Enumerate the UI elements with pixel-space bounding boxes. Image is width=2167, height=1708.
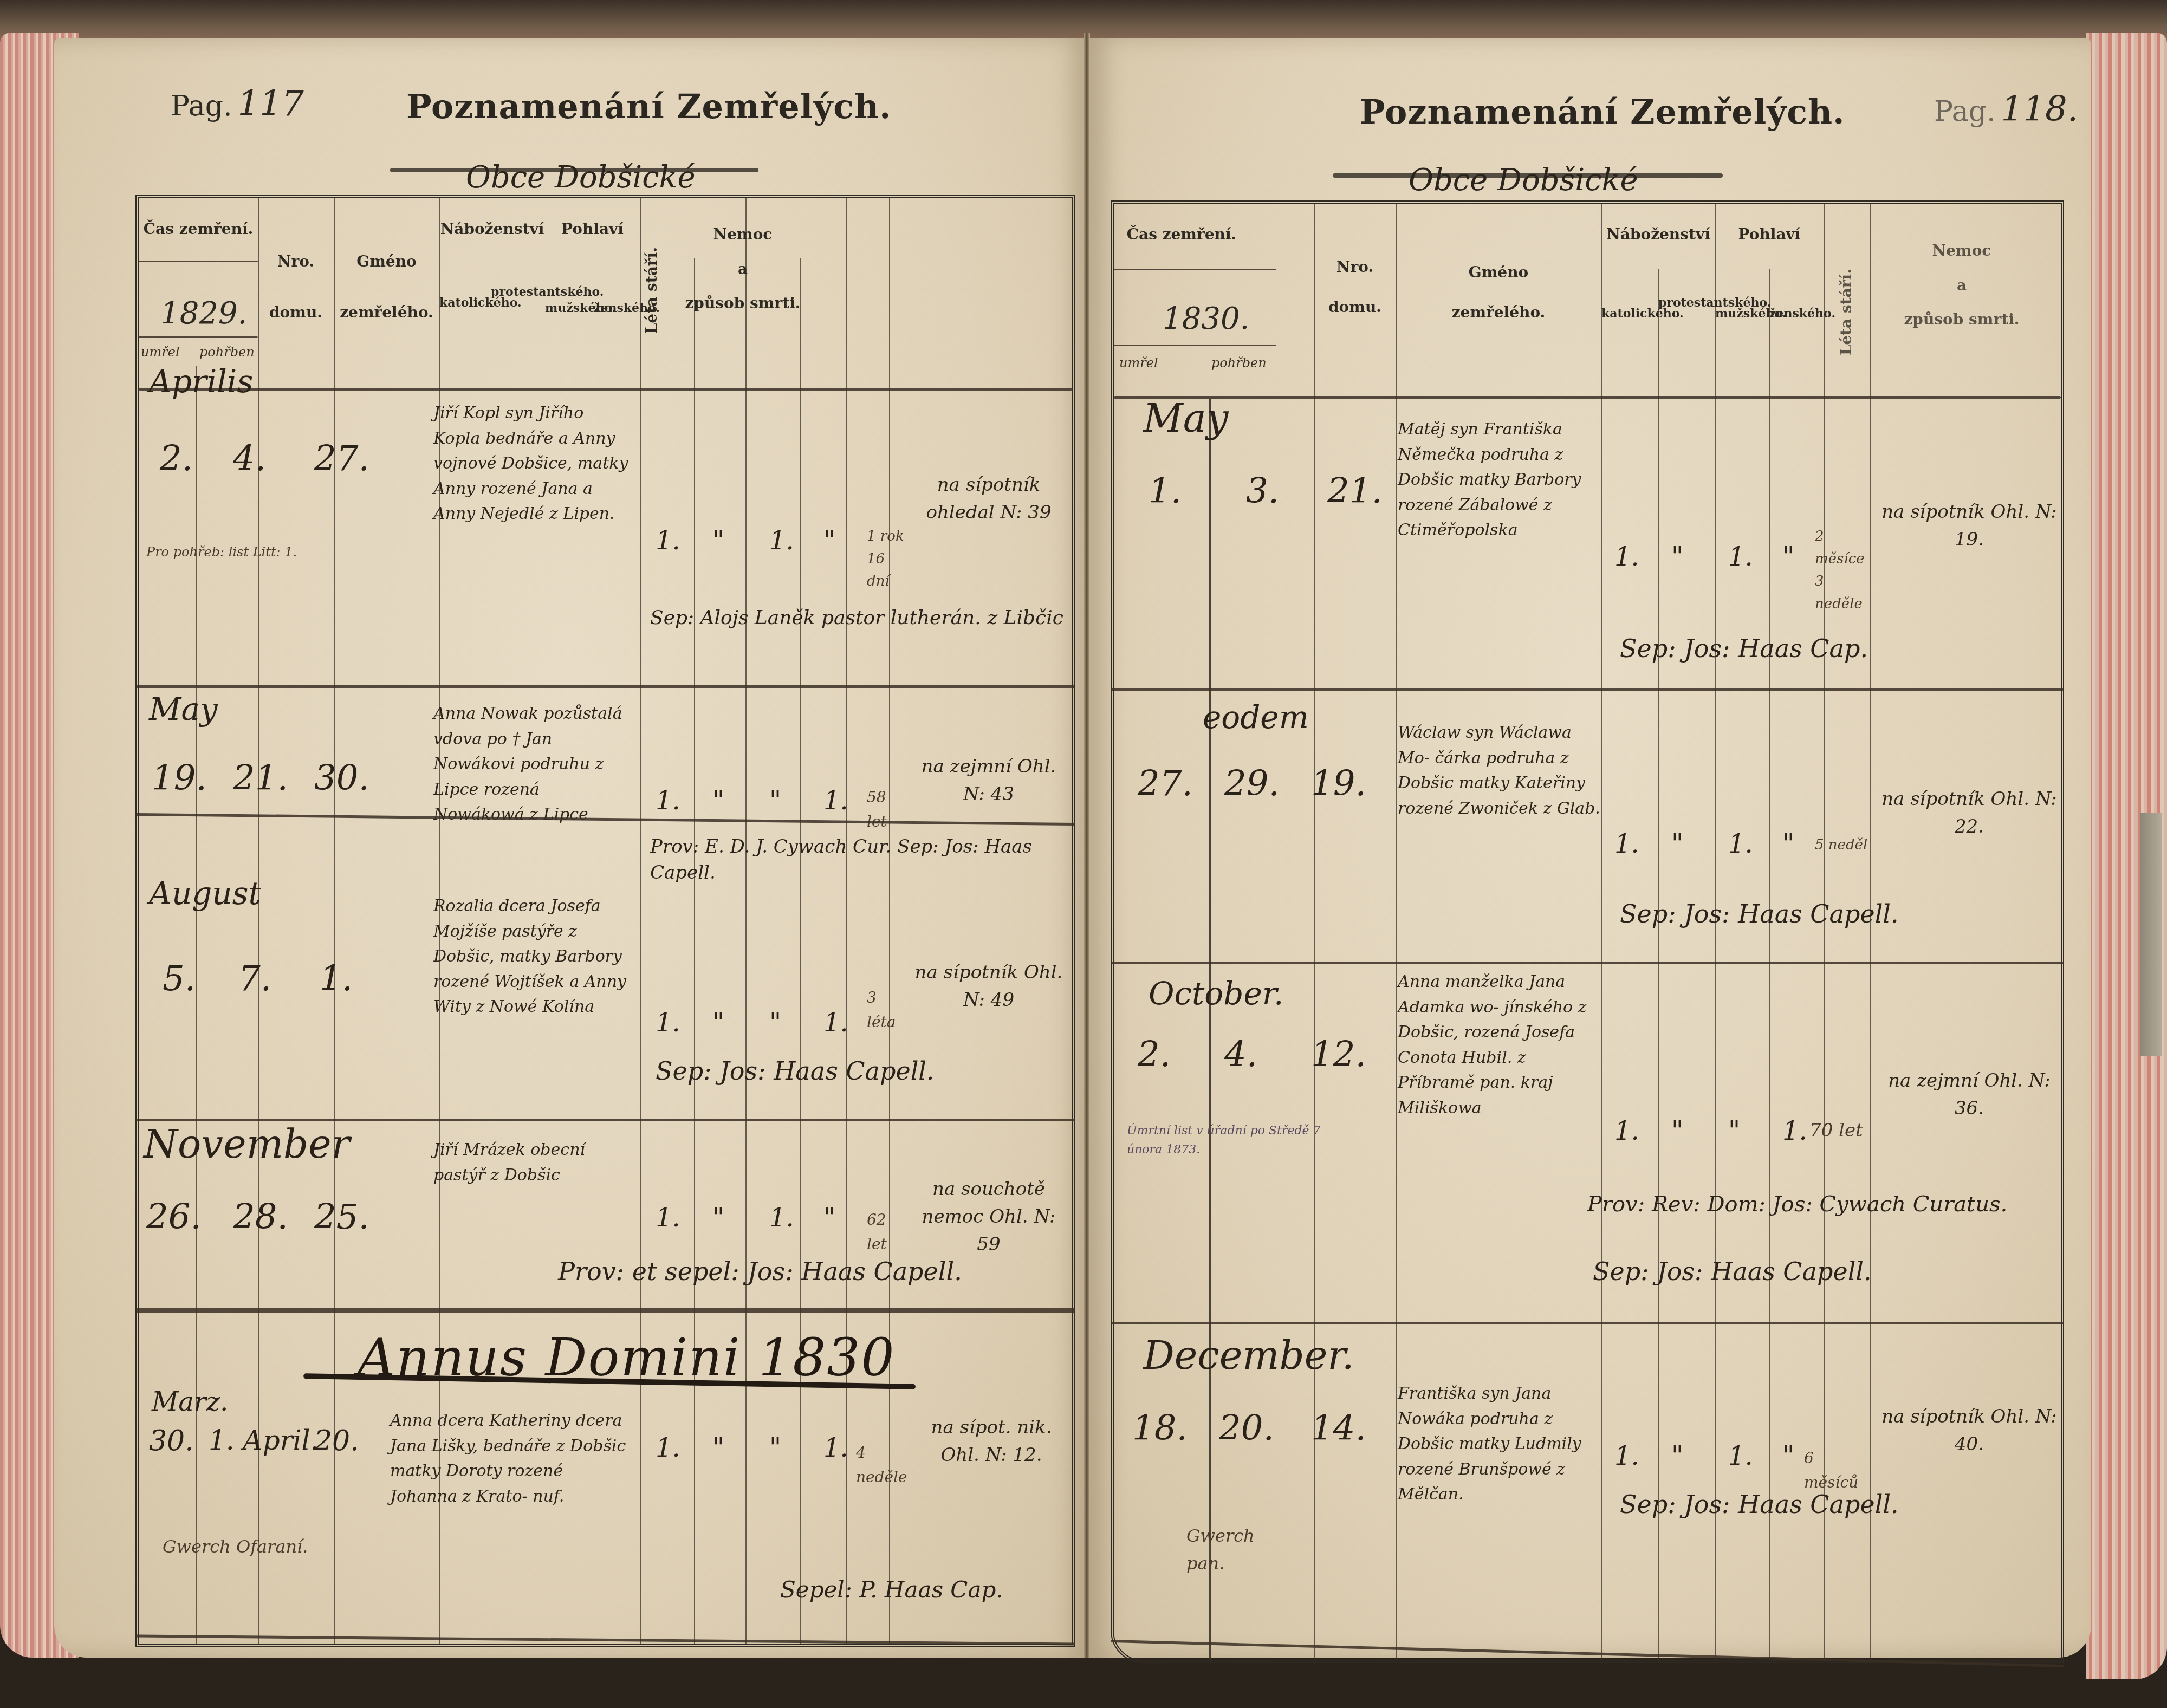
entry-officiant: Sep: Jos: Haas Cap. (1620, 634, 1868, 663)
parish-name-left: Obce Dobšické (466, 160, 696, 195)
entry-officiant-2: Sep: Jos: Haas Capell. (1593, 1257, 1872, 1286)
entry-cause: na sípotník Ohl. N: 40. (1880, 1403, 2059, 1458)
page-number-right: Pag.118. (1934, 89, 2078, 129)
col-divider (745, 198, 747, 1644)
header-year: 1830. (1163, 301, 1249, 336)
entry-catholic: 1. (1614, 542, 1639, 572)
col-divider (1715, 204, 1716, 1660)
entry-died-day: 26. (146, 1197, 202, 1237)
entry-house-no: 20. (314, 1425, 359, 1457)
entry-officiant: Sep: Jos: Haas Capell. (1620, 1490, 1899, 1519)
entry-separator (1111, 1322, 2064, 1324)
entry-male: " (769, 785, 781, 816)
entry-age: 3 léta (867, 986, 910, 1035)
header-year: 1829. (160, 296, 247, 331)
entry-cause: na souchotě nemoc Ohl. N: 59 (910, 1176, 1067, 1258)
cause-label-3: způsob smrti. (1870, 310, 2054, 329)
entry-age: 62 let (867, 1208, 910, 1257)
entry-name: Rozalia dcera Josefa Mojžíše pastýře z D… (433, 894, 628, 1020)
house-no-label-2: domu. (1314, 298, 1396, 316)
entry-separator (135, 685, 1075, 688)
header-rule (139, 336, 258, 338)
entry-female: " (823, 1203, 835, 1233)
entry-died-day: 27. (1138, 764, 1193, 804)
entry-cause: na sípotník Ohl. N: 22. (1880, 785, 2059, 841)
col-divider (1658, 269, 1659, 1660)
entry-age: 6 měsíců (1804, 1446, 1869, 1495)
entry-male: " (769, 1433, 781, 1463)
entry-month: August (149, 875, 261, 912)
entry-male: " (769, 1008, 781, 1038)
entry-cause: na sípotník Ohl. N: 49 (910, 959, 1067, 1014)
page-number-value: 117 (237, 84, 303, 124)
cause-label-3: způsob smrti. (680, 294, 805, 313)
header-religion: Náboženství (1601, 225, 1715, 244)
entry-house-no: 19. (1311, 764, 1366, 804)
header-buried: pohřben (1211, 355, 1267, 371)
header-age: Léta stáří. (643, 247, 660, 334)
page-number-value: 118. (2001, 89, 2078, 129)
house-no-label: Nro. (1314, 258, 1396, 276)
col-divider (800, 258, 801, 1644)
entry-died-day: 5. (163, 959, 196, 999)
entry-age: 1 rok 16 dní (867, 525, 910, 593)
house-no-label: Nro. (258, 252, 334, 271)
entry-house-no: 12. (1311, 1035, 1366, 1075)
col-divider (1824, 204, 1825, 1660)
header-rule (139, 261, 258, 262)
entry-buried-day: 4. (1224, 1035, 1257, 1075)
entry-died-day: 2. (160, 439, 193, 479)
header-time-of-death: Čas zemření. (1114, 225, 1249, 244)
entry-male: 1. (1728, 1441, 1753, 1471)
header-house-no: Nro. domu. (1314, 258, 1396, 316)
entry-buried-day: 28. (233, 1197, 288, 1237)
header-time-of-death: Čas zemření. (139, 220, 258, 238)
entry-officiant: Sep: Jos: Haas Capell. (1620, 899, 1899, 928)
entry-house-no: 21. (1327, 471, 1383, 511)
entry-protestant: " (1671, 1116, 1683, 1146)
entry-died-day: 19. (152, 758, 207, 798)
entry-name: Anna Nowak pozůstalá vdova po † Jan Nowá… (433, 702, 628, 828)
entry-name: Anna dcera Katheriny dcera Jana Lišky, b… (390, 1408, 628, 1509)
name-label: Gméno (1396, 263, 1601, 282)
entry-buried-day: 21. (233, 758, 288, 798)
header-name: Gméno zemřelého. (334, 252, 439, 321)
entry-male: 1. (769, 525, 794, 556)
entry-name: Matěj syn Františka Němečka podruha z Do… (1398, 417, 1604, 543)
entry-female: " (1782, 542, 1794, 572)
entry-female: 1. (823, 785, 848, 816)
header-died: umřel (1119, 355, 1158, 371)
col-divider (846, 198, 847, 1644)
entry-age: 2 měsíce 3 neděle (1815, 525, 1869, 615)
name-label-2: zemřelého. (334, 303, 439, 322)
header-catholic: katolického. (1601, 307, 1658, 321)
entry-name: Wáclaw syn Wáclawa Mo- čárka podruha z D… (1398, 720, 1604, 821)
col-divider (1769, 269, 1770, 1660)
header-buried: pohřben (199, 345, 255, 360)
year-value: 1830. (1163, 301, 1249, 336)
entry-catholic: 1. (1614, 829, 1639, 859)
entry-catholic: 1. (1614, 1441, 1639, 1471)
entry-protestant: " (712, 1203, 724, 1233)
entry-house-no: 14. (1311, 1408, 1366, 1449)
entry-separator (135, 1308, 1075, 1313)
entry-catholic: 1. (656, 525, 680, 556)
header-catholic: katolického. (439, 296, 491, 310)
entry-name: Františka syn Jana Nowáka podruha z Dobš… (1398, 1381, 1604, 1508)
entry-cause: na zejmní Ohl. N: 36. (1880, 1067, 2059, 1122)
header-cause: Nemoc a způsob smrti. (680, 225, 805, 313)
entry-buried-day: 29. (1224, 764, 1280, 804)
entry-age: 58 let (867, 785, 910, 834)
parish-name-right: Obce Dobšické (1409, 163, 1638, 198)
entry-month: eodem (1203, 699, 1309, 736)
header-rule (1114, 269, 1276, 270)
entry-male: 1. (1728, 829, 1753, 859)
entry-female: 1. (823, 1008, 848, 1038)
entry-female: " (1782, 1441, 1794, 1471)
left-page: Pag.117 Poznamenání Zemřelých. Obce Dobš… (54, 38, 1089, 1658)
cause-label-2: a (1870, 276, 2054, 295)
entry-officiant: Prov: et sepel: Jos: Haas Capell. (558, 1257, 962, 1286)
entry-month: Aprilis (149, 363, 253, 400)
header-house-no: Nro. domu. (258, 252, 334, 321)
page-title-left: Poznamenání Zemřelých. (406, 87, 892, 126)
entry-protestant: " (712, 1433, 724, 1463)
entry-month: November (144, 1121, 350, 1167)
entry-cause: na zejmní Ohl. N: 43 (910, 753, 1067, 808)
entry-name: Jiří Mrázek obecní pastýř z Dobšic (433, 1138, 628, 1188)
page-label: Pag. (171, 90, 232, 122)
col-divider (889, 198, 890, 1644)
header-male: mužského. (545, 301, 594, 315)
entry-protestant: " (712, 525, 724, 556)
entry-female: 1. (823, 1433, 848, 1463)
page-tab-marker (2140, 813, 2162, 1056)
entry-male: 1. (1728, 542, 1753, 572)
entry-buried-day: 1. April. (209, 1425, 319, 1456)
entry-protestant: " (1671, 1441, 1683, 1471)
header-sex: Pohlaví (545, 220, 640, 238)
entry-male: 1. (769, 1203, 794, 1233)
header-protestant: protestantského. (491, 285, 545, 299)
entry-catholic: 1. (656, 1433, 680, 1463)
entry-house-no: 1. (320, 959, 353, 999)
entry-note: Gwerch pan. (1186, 1522, 1284, 1577)
cause-label-1: Nemoc (680, 225, 805, 244)
header-male: mužského. (1715, 307, 1769, 321)
entry-buried-day: 20. (1219, 1408, 1274, 1449)
header-bottom-rule (1114, 396, 2061, 399)
entry-died-day: 2. (1138, 1035, 1171, 1075)
header-female: ženského. (1769, 307, 1824, 321)
entry-catholic: 1. (656, 785, 680, 816)
entry-male: " (1728, 1116, 1740, 1146)
entry-separator (1111, 962, 2064, 964)
col-divider (1396, 204, 1397, 1660)
entry-cause: na sípotník Ohl. N: 19. (1880, 498, 2059, 554)
entry-officiant-1: Prov: Rev: Dom: Jos: Cywach Curatus. (1587, 1192, 2007, 1217)
entry-officiant: Prov: E. D. J. Cywach Cur. Sep: Jos: Haa… (650, 834, 1056, 886)
header-religion: Náboženství (439, 220, 545, 238)
entry-protestant: " (1671, 829, 1683, 859)
entry-protestant: " (1671, 542, 1683, 572)
entry-age: 4 neděle (856, 1441, 916, 1490)
entry-note: Pro pohřeb: list Litt: 1. (146, 542, 298, 562)
entry-buried-day: 3. (1246, 471, 1279, 511)
header-rule (1114, 345, 1276, 346)
entry-buried-day: 4. (233, 439, 266, 479)
entry-officiant: Sep: Jos: Haas Capell. (656, 1056, 935, 1086)
entry-died-day: 18. (1132, 1408, 1188, 1449)
entry-catholic: 1. (1614, 1116, 1639, 1146)
right-page: Poznamenání Zemřelých. Pag.118. Obce Dob… (1089, 38, 2091, 1658)
header-female: ženského. (594, 301, 640, 315)
name-label-2: zemřelého. (1396, 303, 1601, 322)
entry-catholic: 1. (656, 1008, 680, 1038)
entry-officiant: Sep: Alojs Laněk pastor lutherán. z Libč… (650, 607, 1063, 629)
entry-protestant: " (712, 785, 724, 816)
header-bottom-rule (139, 388, 1072, 391)
page-title-right: Poznamenání Zemřelých. (1360, 92, 1845, 132)
entry-month: May (149, 691, 218, 728)
cause-label-1: Nemoc (1870, 242, 2054, 260)
entry-house-no: 27. (314, 439, 369, 479)
col-divider (1870, 204, 1871, 1660)
entry-house-no: 30. (314, 758, 369, 798)
page-label: Pag. (1934, 95, 1995, 128)
entry-protestant: " (712, 1008, 724, 1038)
entry-catholic: 1. (656, 1203, 680, 1233)
entry-female: " (1782, 829, 1794, 859)
header-name: Gméno zemřelého. (1396, 263, 1601, 321)
entry-female: 1. (1782, 1116, 1807, 1146)
entry-cause: na sípotník ohledal N: 39 (910, 471, 1067, 527)
header-died: umřel (141, 345, 180, 360)
header-sex: Pohlaví (1715, 225, 1824, 244)
name-label: Gméno (334, 252, 439, 271)
col-divider (1209, 399, 1211, 1660)
year-value: 1829. (160, 296, 247, 331)
page-number-left: Pag.117 (171, 84, 304, 124)
header-protestant: protestantského. (1658, 296, 1715, 310)
entry-female: " (823, 525, 835, 556)
entry-officiant: Sepel: P. Haas Cap. (780, 1576, 1003, 1603)
entry-age: 70 let (1809, 1116, 1864, 1145)
entry-note: Gwerch Ofaraní. (163, 1533, 325, 1561)
entry-separator (1111, 688, 2064, 691)
entry-age: 5 neděl (1815, 834, 1869, 857)
entry-month: Marz. (152, 1387, 228, 1417)
house-no-label-2: domu. (258, 303, 334, 322)
header-age: Léta stáří. (1837, 269, 1855, 355)
entry-died-day: 1. (1149, 471, 1182, 511)
entry-month: December. (1143, 1333, 1354, 1378)
entry-buried-day: 7. (238, 959, 271, 999)
entry-name: Jiří Kopl syn Jiřího Kopla bednáře a Ann… (433, 401, 628, 527)
entry-month: May (1143, 395, 1228, 441)
entry-died-day: 30. (149, 1425, 194, 1457)
entry-name: Anna manželka Jana Adamka wo- jínského z… (1398, 970, 1604, 1121)
entry-note: Úmrtní list v úřadní po Středě 7 února 1… (1127, 1121, 1344, 1159)
entry-house-no: 25. (314, 1197, 369, 1237)
col-divider (640, 198, 641, 1644)
col-divider (694, 258, 695, 1644)
header-cause: Nemoc a způsob smrti. (1870, 242, 2054, 329)
entry-month: October. (1149, 975, 1284, 1012)
entry-cause: na sípot. nik. Ohl. N: 12. (921, 1414, 1062, 1469)
cause-label-2: a (680, 260, 805, 278)
